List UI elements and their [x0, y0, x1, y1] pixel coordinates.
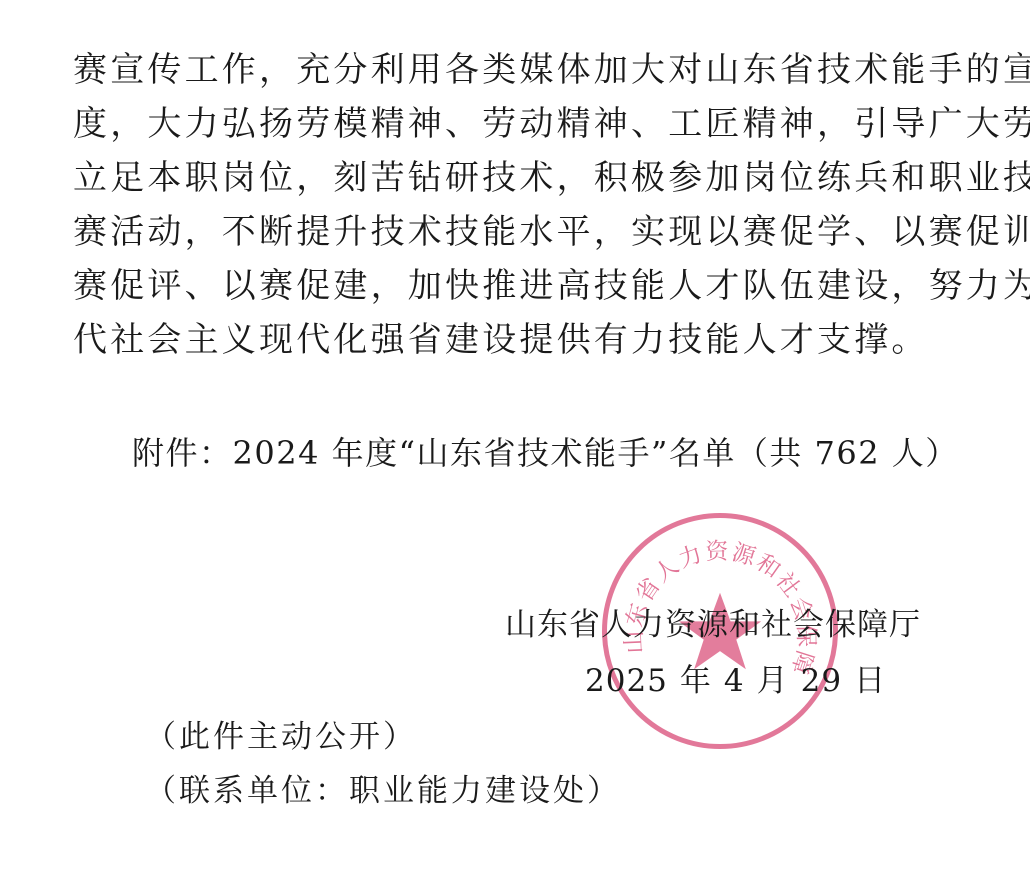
body-line-2: 度，大力弘扬劳模精神、劳动精神、工匠精神，引导广大劳动者	[73, 104, 1030, 144]
attachment-line: 附件：2024 年度“山东省技术能手”名单（共 762 人）	[132, 433, 959, 473]
date-month-unit: 月	[757, 663, 789, 699]
disclosure-note: （此件主动公开）	[145, 717, 417, 757]
date-day-unit: 日	[854, 663, 886, 699]
date-day: 29	[801, 663, 842, 699]
date-year-unit: 年	[680, 663, 712, 699]
date-month: 4	[724, 663, 745, 699]
date-year: 2025	[585, 663, 668, 699]
body-line-5: 赛促评、以赛促建，加快推进高技能人才队伍建设，努力为新时	[73, 266, 1030, 306]
body-line-1: 赛宣传工作，充分利用各类媒体加大对山东省技术能手的宣传力	[73, 50, 1030, 90]
signing-authority: 山东省人力资源和社会保障厅	[505, 605, 921, 645]
issue-date: 2025年4月29日	[585, 661, 898, 701]
contact-unit-note: （联系单位：职业能力建设处）	[145, 771, 621, 811]
body-line-4: 赛活动，不断提升技术技能水平，实现以赛促学、以赛促训、以	[73, 212, 1030, 252]
body-line-3: 立足本职岗位，刻苦钻研技术，积极参加岗位练兵和职业技能竞	[73, 158, 1030, 198]
body-line-6: 代社会主义现代化强省建设提供有力技能人才支撑。	[73, 320, 929, 360]
document-page: 赛宣传工作，充分利用各类媒体加大对山东省技术能手的宣传力 度，大力弘扬劳模精神、…	[0, 0, 1030, 877]
